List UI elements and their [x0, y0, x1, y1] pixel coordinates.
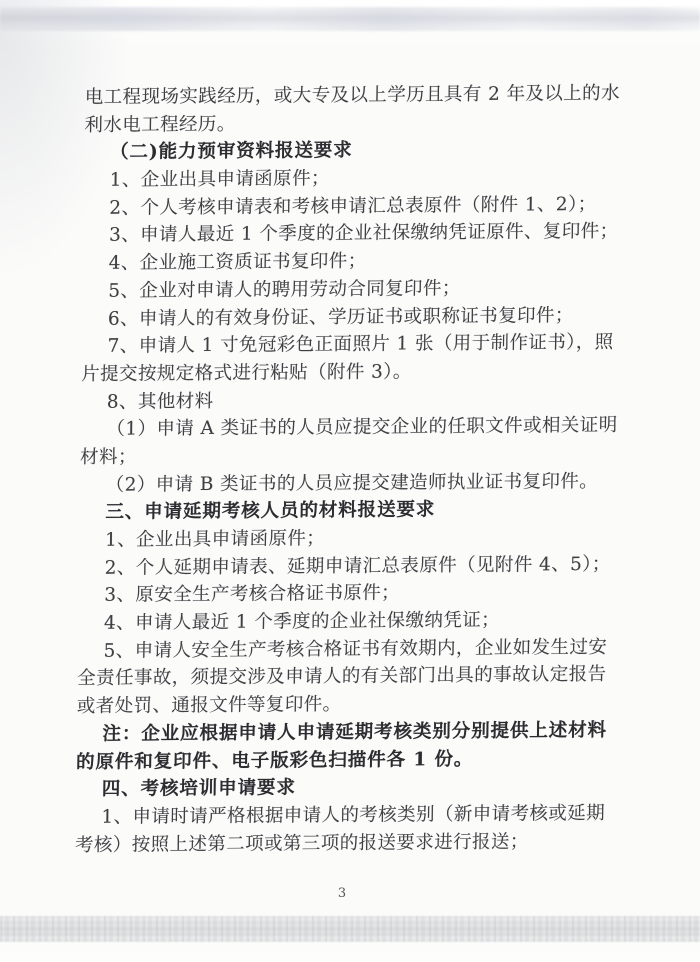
page-number: 3: [0, 886, 692, 901]
heading-line: 三、申请延期考核人员的材料报送要求: [79, 495, 639, 527]
document-body: 电工程现场实践经历，或大专及以上学历且具有 2 年及以上的水利水电工程经历。（二…: [75, 80, 645, 860]
text-line: 3、原安全生产考核合格证书原件；: [78, 578, 638, 610]
text-line: 或者处罚、通报文件等复印件。: [77, 689, 637, 721]
text-line: 6、申请人的有效身份证、学历证书或职称证书复印件；: [82, 301, 642, 333]
scan-shadow-top: [0, 7, 700, 31]
scan-noise-bottom: [0, 916, 700, 942]
text-line: （2）申请 B 类证书的人员应提交建造师执业证书复印件。: [80, 467, 640, 499]
text-line: 1、企业出具申请函原件；: [84, 163, 644, 195]
text-line: 片提交按规定格式进行粘贴（附件 3）。: [81, 356, 641, 388]
heading-line: 的原件和复印件、电子版彩色扫描件各 1 份。: [76, 744, 636, 776]
text-line: 1、企业出具申请函原件；: [79, 523, 639, 555]
text-line: 5、申请人安全生产考核合格证书有效期内，企业如发生过安: [77, 633, 637, 665]
heading-line: 四、考核培训申请要求: [76, 772, 636, 804]
text-line: 4、企业施工资质证书复印件；: [82, 246, 642, 278]
text-line: 4、申请人最近 1 个季度的企业社保缴纳凭证；: [78, 606, 638, 638]
text-line: 考核）按照上述第二项或第三项的报送要求进行报送；: [75, 827, 635, 859]
text-line: 2、个人考核申请表和考核申请汇总表原件（附件 1、2）；: [83, 190, 643, 222]
text-line: 2、个人延期申请表、延期申请汇总表原件（见附件 4、5）；: [78, 550, 638, 582]
text-line: 全责任事故，须提交涉及申请人的有关部门出具的事故认定报告: [77, 661, 637, 693]
text-line: 电工程现场实践经历，或大专及以上学历且具有 2 年及以上的水: [85, 80, 645, 112]
heading-line: （二)能力预审资料报送要求: [84, 135, 644, 167]
heading-line: 注：企业应根据申请人申请延期考核类别分别提供上述材料: [76, 716, 636, 748]
text-line: 5、企业对申请人的聘用劳动合同复印件；: [82, 273, 642, 305]
scanned-page: 电工程现场实践经历，或大专及以上学历且具有 2 年及以上的水利水电工程经历。（二…: [0, 0, 700, 962]
text-line: 利水电工程经历。: [84, 107, 644, 139]
text-line: 8、其他材料: [81, 384, 641, 416]
text-line: 3、申请人最近 1 个季度的企业社保缴纳凭证原件、复印件；: [83, 218, 643, 250]
text-line: 1、申请时请严格根据申请人的考核类别（新申请考核或延期: [75, 799, 635, 831]
text-line: 材料；: [80, 440, 640, 472]
text-line: 7、申请人 1 寸免冠彩色正面照片 1 张（用于制作证书），照: [81, 329, 641, 361]
text-line: （1）申请 A 类证书的人员应提交企业的任职文件或相关证明: [80, 412, 640, 444]
